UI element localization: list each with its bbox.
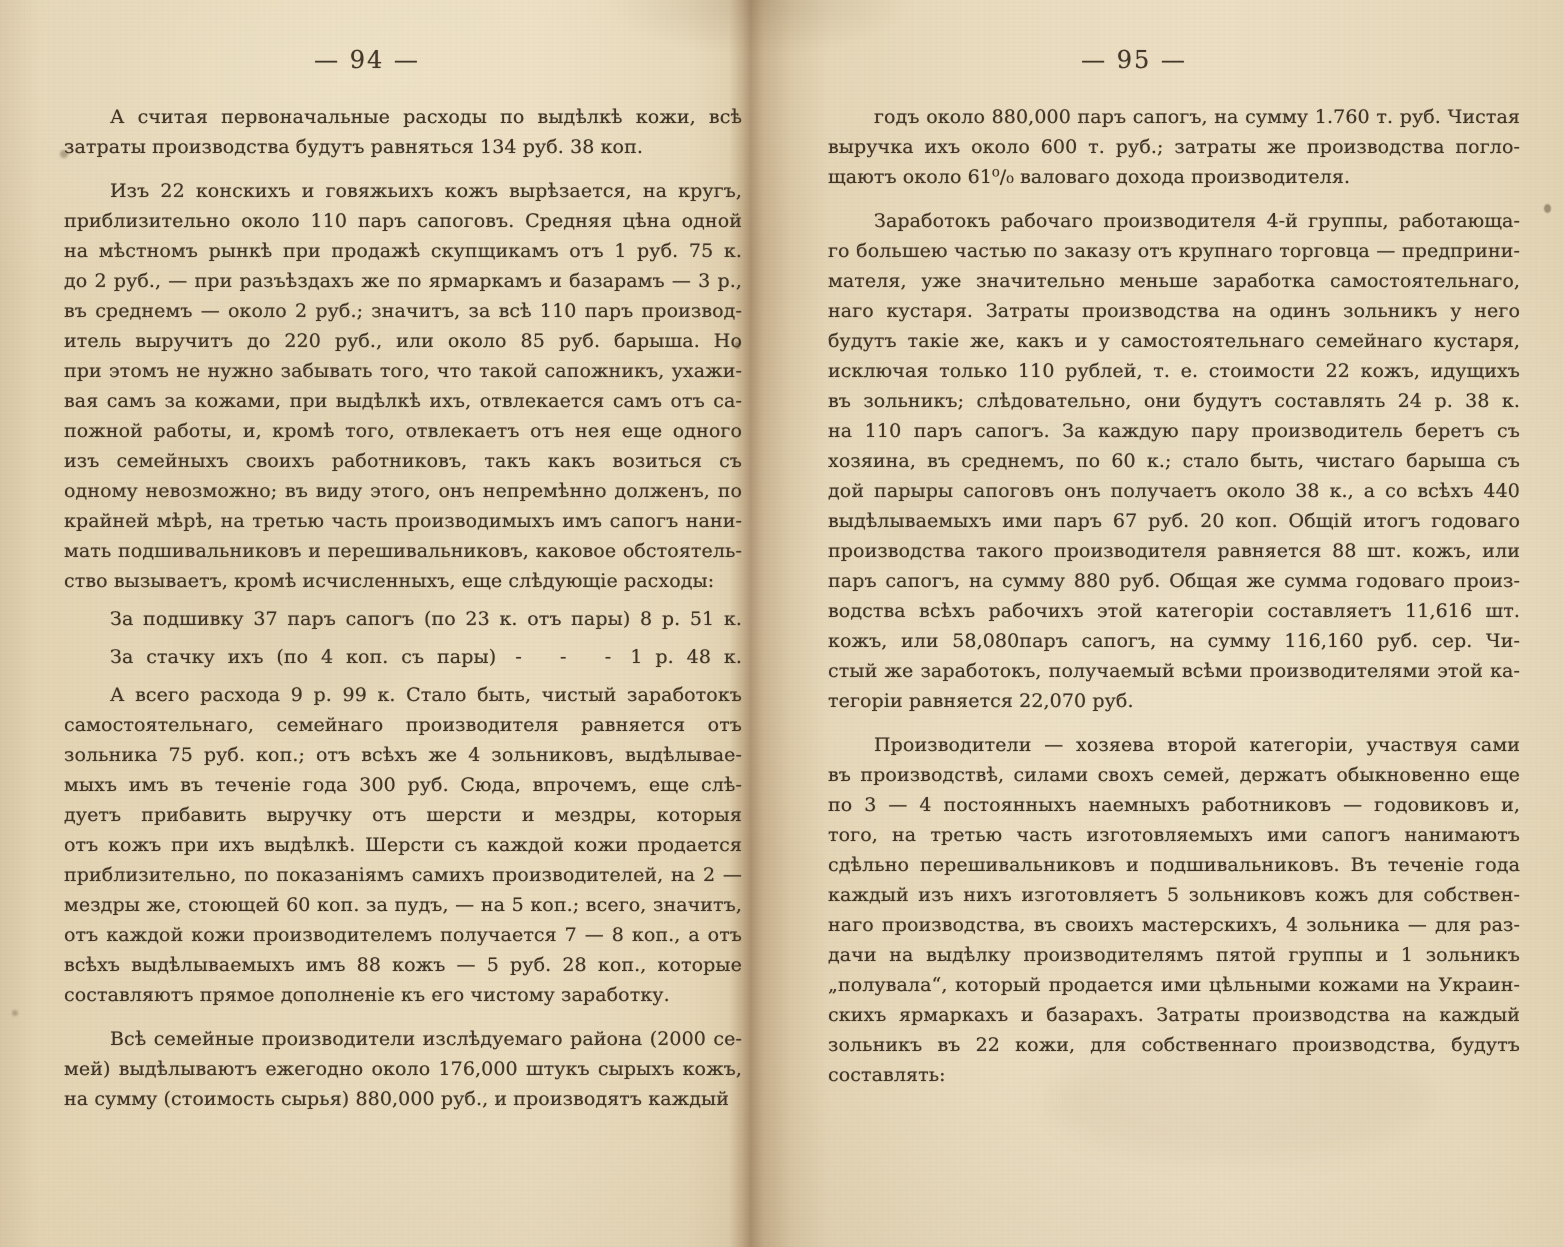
text-line: мателя, уже значительно меньше заработка… bbox=[828, 266, 1520, 296]
text-line: го большею частью по заказу отъ крупнаго… bbox=[828, 236, 1520, 266]
paragraph: Производители — хозяева второй категоріи… bbox=[828, 730, 1520, 1090]
text-line: годъ около 880,000 паръ сапогъ, на сумму… bbox=[828, 102, 1520, 132]
text-line: За стачку ихъ (по 4 коп. съ пары) - - - … bbox=[64, 642, 742, 672]
text-line: на мѣстномъ рынкѣ при продажѣ скупщикамъ… bbox=[64, 236, 742, 266]
text-line: затраты производства будутъ равняться 13… bbox=[64, 132, 742, 162]
text-line: въ зольникъ; слѣдовательно, они будутъ с… bbox=[828, 386, 1520, 416]
text-line: одному невозможно; въ виду этого, онъ не… bbox=[64, 476, 742, 506]
expense-item-line: За подшивку 37 паръ сапогъ (по 23 к. отъ… bbox=[64, 604, 742, 634]
text-line: ство вызываетъ, кромѣ исчисленныхъ, еще … bbox=[64, 566, 742, 596]
text-line: отъ кожъ при ихъ выдѣлкѣ. Шерсти съ кажд… bbox=[64, 830, 742, 860]
text-line: выручка ихъ около 600 т. руб.; затраты ж… bbox=[828, 132, 1520, 162]
text-line: приблизительно около 110 паръ сапоговъ. … bbox=[64, 206, 742, 236]
text-line: вая самъ за кожами, при выдѣлкѣ ихъ, отв… bbox=[64, 386, 742, 416]
text-line: до 2 руб., — при разъѣздахъ же по ярмарк… bbox=[64, 266, 742, 296]
text-line: каждый изъ нихъ изготовляетъ 5 зольников… bbox=[828, 880, 1520, 910]
text-line: скихъ ярмаркахъ и базарахъ. Затраты прои… bbox=[828, 1000, 1520, 1030]
text-line: мей) выдѣлываютъ ежегодно около 176,000 … bbox=[64, 1054, 742, 1084]
text-line: того, на третью часть изготовляемыхъ ими… bbox=[828, 820, 1520, 850]
text-line: по 3 — 4 постоянныхъ наемныхъ работников… bbox=[828, 790, 1520, 820]
text-line: изъ семейныхъ своихъ работниковъ, такъ к… bbox=[64, 446, 742, 476]
text-line: приблизительно, по показаніямъ самихъ пр… bbox=[64, 860, 742, 890]
text-line: мыхъ имъ въ теченіе года 300 руб. Сюда, … bbox=[64, 770, 742, 800]
paragraph: Всѣ семейные производители изслѣдуемаго … bbox=[64, 1024, 742, 1114]
text-line: дачи на выдѣлку производителямъ пятой гр… bbox=[828, 940, 1520, 970]
text-line: мать подшивальниковъ и перешивальниковъ,… bbox=[64, 536, 742, 566]
text-line: Производители — хозяева второй категоріи… bbox=[828, 730, 1520, 760]
text-line: въ среднемъ — около 2 руб.; значитъ, за … bbox=[64, 296, 742, 326]
text-line: крайней мѣрѣ, на третью часть производим… bbox=[64, 506, 742, 536]
page-number-right: — 95 — bbox=[788, 46, 1480, 74]
paragraph: годъ около 880,000 паръ сапогъ, на сумму… bbox=[828, 102, 1520, 192]
text-line: Заработокъ рабочаго производителя 4-й гр… bbox=[828, 206, 1520, 236]
text-line: исключая только 110 рублей, т. е. стоимо… bbox=[828, 356, 1520, 386]
text-line: А всего расхода 9 р. 99 к. Стало быть, ч… bbox=[64, 680, 742, 710]
text-line: зольника 75 руб. коп.; отъ всѣхъ же 4 зо… bbox=[64, 740, 742, 770]
text-line: на сумму (стоимость сырья) 880,000 руб.,… bbox=[64, 1084, 742, 1114]
text-line: самостоятельнаго, семейнаго производител… bbox=[64, 710, 742, 740]
paper-speck bbox=[12, 1010, 18, 1016]
text-line: водства всѣхъ рабочихъ этой категоріи со… bbox=[828, 596, 1520, 626]
text-line: отъ каждой кожи производителемъ получает… bbox=[64, 920, 742, 950]
text-line: Изъ 22 конскихъ и говяжьихъ кожъ вырѣзае… bbox=[64, 176, 742, 206]
paragraph: А считая первоначальные расходы по выдѣл… bbox=[64, 102, 742, 162]
paragraph: Заработокъ рабочаго производителя 4-й гр… bbox=[828, 206, 1520, 716]
text-line: „полувала“, который продается ими цѣльны… bbox=[828, 970, 1520, 1000]
text-line: въ производствѣ, силами свохъ семей, дер… bbox=[828, 760, 1520, 790]
text-column-left: А считая первоначальные расходы по выдѣл… bbox=[64, 102, 742, 1114]
text-line: итель выручитъ до 220 руб., или около 85… bbox=[64, 326, 742, 356]
text-line: наго производства, въ своихъ мастерскихъ… bbox=[828, 910, 1520, 940]
paragraph: А всего расхода 9 р. 99 к. Стало быть, ч… bbox=[64, 680, 742, 1010]
text-line: составляютъ прямое дополненіе къ его чис… bbox=[64, 980, 742, 1010]
text-line: хозяина, въ среднемъ, по 60 к.; стало бы… bbox=[828, 446, 1520, 476]
text-line: Всѣ семейные производители изслѣдуемаго … bbox=[64, 1024, 742, 1054]
text-line: щаютъ около 61⁰/₀ валоваго дохода произв… bbox=[828, 162, 1520, 192]
expense-item-line: За стачку ихъ (по 4 коп. съ пары) - - - … bbox=[64, 642, 742, 672]
text-line: А считая первоначальные расходы по выдѣл… bbox=[64, 102, 742, 132]
text-line: сдѣльно перешивальниковъ и подшивальнико… bbox=[828, 850, 1520, 880]
text-line: кожъ, или 58,080паръ сапогъ, на сумму 11… bbox=[828, 626, 1520, 656]
text-column-right: годъ около 880,000 паръ сапогъ, на сумму… bbox=[828, 102, 1520, 1090]
book-scan-spread: — 94 — — 95 — А считая первоначальные ра… bbox=[0, 0, 1564, 1247]
text-line: наго кустаря. Затраты производства на од… bbox=[828, 296, 1520, 326]
text-line: выдѣлываемыхъ ими паръ 67 руб. 20 коп. О… bbox=[828, 506, 1520, 536]
text-line: на 110 паръ сапогъ. За каждую пару произ… bbox=[828, 416, 1520, 446]
text-line: зольникъ въ 22 кожи, для собственнаго пр… bbox=[828, 1030, 1520, 1060]
text-line: при этомъ не нужно забывать того, что та… bbox=[64, 356, 742, 386]
text-line: дой парыры сапоговъ онъ получаетъ около … bbox=[828, 476, 1520, 506]
text-line: За подшивку 37 паръ сапогъ (по 23 к. отъ… bbox=[64, 604, 742, 634]
text-line: всѣхъ выдѣлываемыхъ имъ 88 кожъ — 5 руб.… bbox=[64, 950, 742, 980]
text-line: стый же заработокъ, получаемый всѣми про… bbox=[828, 656, 1520, 686]
paper-speck bbox=[1544, 204, 1551, 213]
text-line: будутъ такіе же, какъ и у самостоятельна… bbox=[828, 326, 1520, 356]
page-number-left: — 94 — bbox=[28, 46, 706, 74]
paragraph: Изъ 22 конскихъ и говяжьихъ кожъ вырѣзае… bbox=[64, 176, 742, 596]
text-line: дуетъ прибавить выручку отъ шерсти и мез… bbox=[64, 800, 742, 830]
text-line: пожной работы, и, кромѣ того, отвлекаетъ… bbox=[64, 416, 742, 446]
text-line: тегоріи равняется 22,070 руб. bbox=[828, 686, 1520, 716]
text-line: составлять: bbox=[828, 1060, 1520, 1090]
text-line: мездры же, стоющей 60 коп. за пудъ, — на… bbox=[64, 890, 742, 920]
text-line: производства такого производителя равняе… bbox=[828, 536, 1520, 566]
text-line: паръ сапогъ, на сумму 880 руб. Общая же … bbox=[828, 566, 1520, 596]
